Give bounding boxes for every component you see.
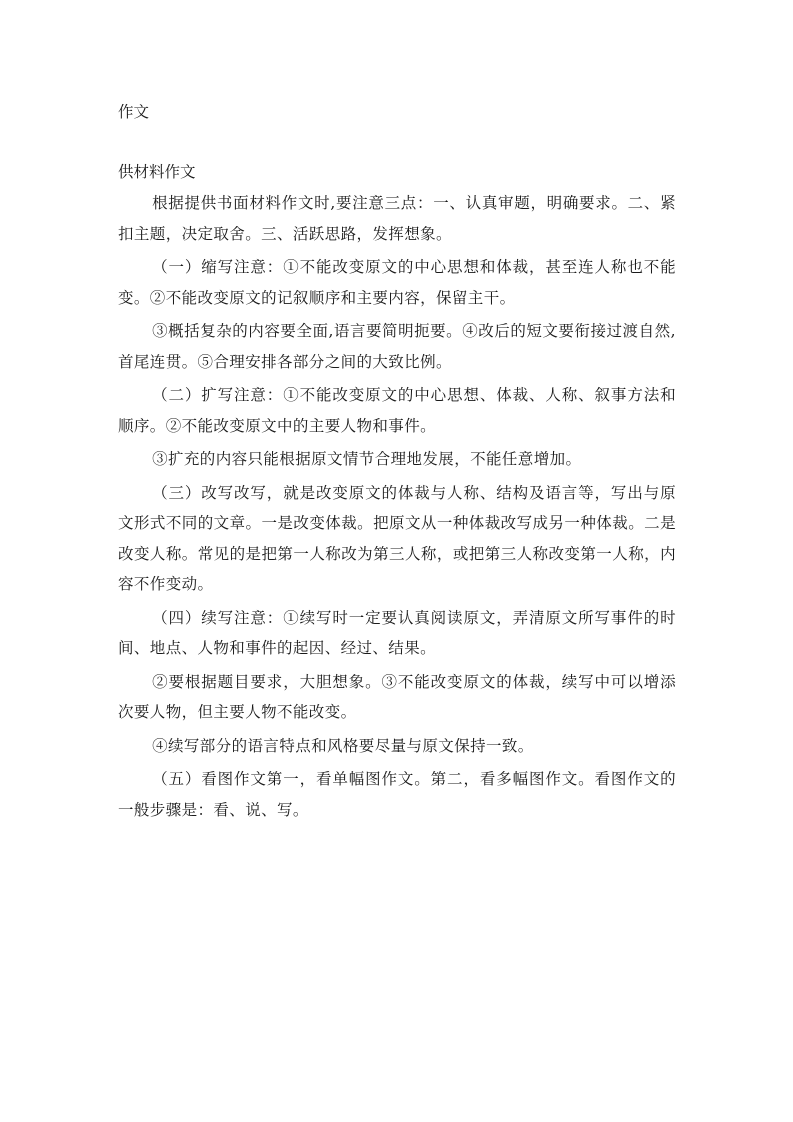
document-title: 作文 <box>118 100 676 124</box>
paragraph-intro: 根据提供书面材料作文时,要注意三点：一、认真审题，明确要求。二、紧扣主题，决定取… <box>118 188 676 249</box>
document-page: 作文 供材料作文 根据提供书面材料作文时,要注意三点：一、认真审题，明确要求。二… <box>118 100 676 825</box>
paragraph-expanding-2: ③扩充的内容只能根据原文情节合理地发展，不能任意增加。 <box>118 444 676 475</box>
paragraph-expanding-1: （二）扩写注意：①不能改变原文的中心思想、体裁、人称、叙事方法和顺序。②不能改变… <box>118 380 676 441</box>
paragraph-condensing-2: ③概括复杂的内容要全面,语言要简明扼要。④改后的短文要衔接过渡自然,首尾连贯。⑤… <box>118 316 676 377</box>
paragraph-continuation-3: ④续写部分的语言特点和风格要尽量与原文保持一致。 <box>118 731 676 762</box>
section-title: 供材料作文 <box>118 160 676 184</box>
paragraph-continuation-1: （四）续写注意：①续写时一定要认真阅读原文，弄清原文所写事件的时间、地点、人物和… <box>118 603 676 664</box>
paragraph-picture-writing: （五）看图作文第一，看单幅图作文。第二，看多幅图作文。看图作文的一般步骤是：看、… <box>118 764 676 825</box>
paragraph-continuation-2: ②要根据题目要求，大胆想象。③不能改变原文的体裁，续写中可以增添次要人物，但主要… <box>118 667 676 728</box>
paragraph-rewriting: （三）改写改写，就是改变原文的体裁与人称、结构及语言等，写出与原文形式不同的文章… <box>118 478 676 600</box>
paragraph-condensing-1: （一）缩写注意：①不能改变原文的中心思想和体裁，甚至连人称也不能变。②不能改变原… <box>118 252 676 313</box>
